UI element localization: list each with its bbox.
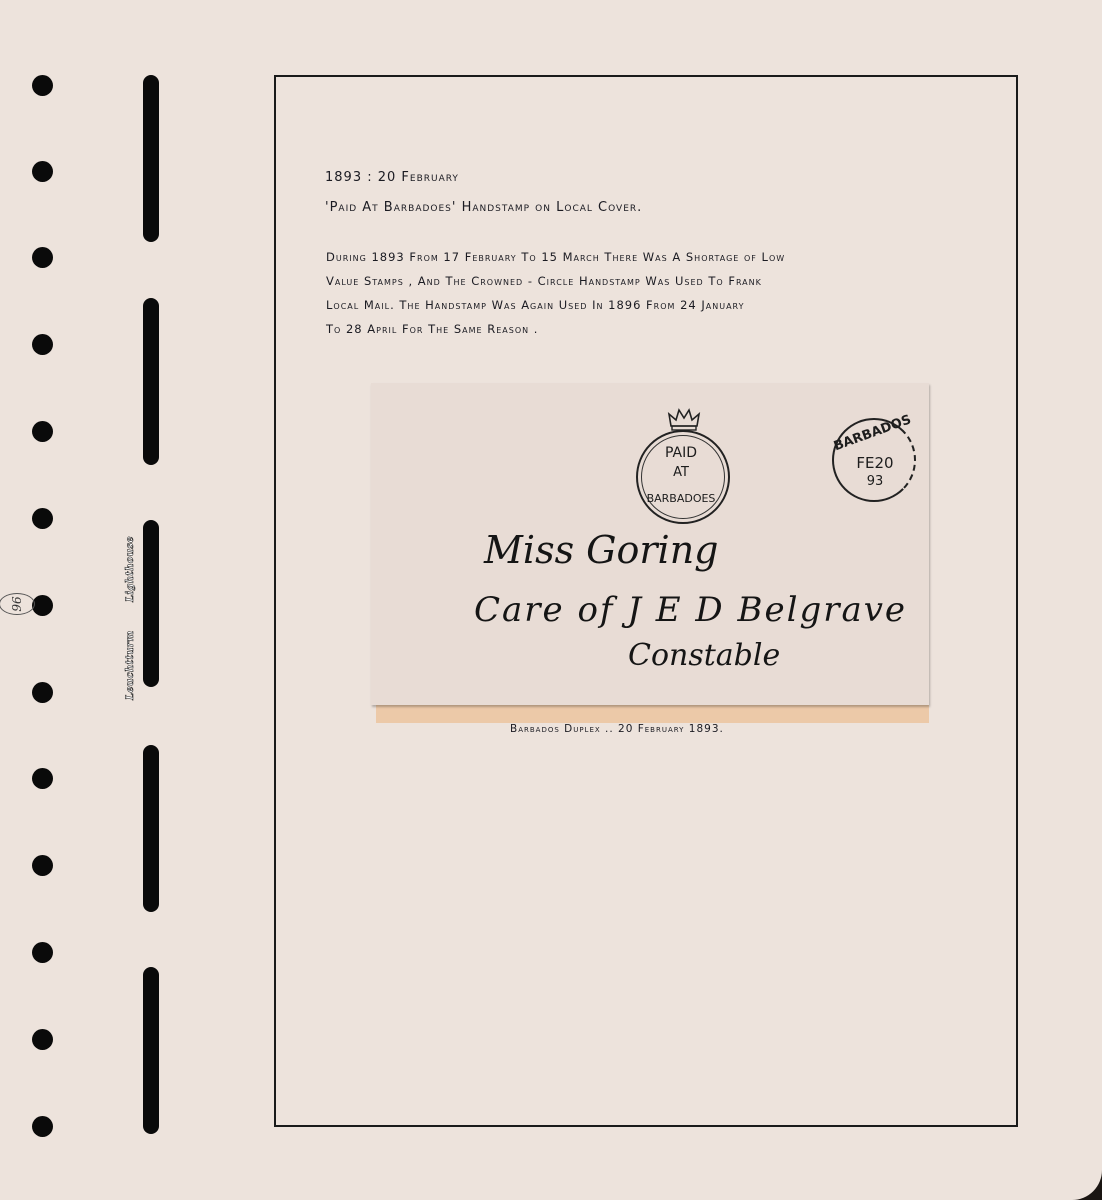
brand-name: Leuchtturm xyxy=(125,631,136,700)
binder-hole xyxy=(32,768,53,789)
crown-icon xyxy=(667,406,701,432)
binder-hole xyxy=(32,247,53,268)
binder-hole xyxy=(32,334,53,355)
brand-imprint: Leuchtturm Lighthouse xyxy=(113,520,143,700)
paragraph-line: During 1893 From 17 February To 15 March… xyxy=(326,245,785,269)
binder-slot xyxy=(143,298,159,465)
description-paragraph: During 1893 From 17 February To 15 March… xyxy=(326,245,785,341)
address-line3: Constable xyxy=(628,638,780,673)
binder-hole xyxy=(32,421,53,442)
paragraph-line: Value Stamps , And The Crowned - Circle … xyxy=(326,269,785,293)
paid-stamp-line3: BARBADOES xyxy=(636,492,726,505)
cover-caption: Barbados Duplex .. 20 February 1893. xyxy=(510,723,724,735)
binder-hole xyxy=(32,1116,53,1137)
binder-hole xyxy=(32,75,53,96)
brand-name-en: Lighthouse xyxy=(125,536,136,602)
binder-slot xyxy=(143,745,159,912)
datestamp-date: FE20 xyxy=(832,454,918,472)
address-line2: Care of J E D Belgrave xyxy=(474,590,907,630)
binder-hole xyxy=(32,161,53,182)
page-number: 96 xyxy=(0,593,35,615)
paid-stamp-line1: PAID xyxy=(636,445,726,461)
binder-slot xyxy=(143,75,159,242)
binder-hole xyxy=(32,682,53,703)
paragraph-line: To 28 April For The Same Reason . xyxy=(326,317,785,341)
binder-hole xyxy=(32,508,53,529)
binder-slot xyxy=(143,967,159,1134)
address-line1: Miss Goring xyxy=(484,528,719,572)
binder-hole xyxy=(32,855,53,876)
paid-stamp-line2: AT xyxy=(636,465,726,480)
binder-hole xyxy=(32,942,53,963)
album-page: Leuchtturm Lighthouse 96 1893 : 20 Febru… xyxy=(0,0,1102,1200)
binder-hole xyxy=(32,1029,53,1050)
datestamp-year: 93 xyxy=(832,474,918,489)
paragraph-line: Local Mail. The Handstamp Was Again Used… xyxy=(326,293,785,317)
heading-title: 'Paid At Barbadoes' Handstamp on Local C… xyxy=(325,200,642,215)
heading-date: 1893 : 20 February xyxy=(325,170,459,185)
binder-hole xyxy=(32,595,53,616)
binder-slot xyxy=(143,520,159,687)
